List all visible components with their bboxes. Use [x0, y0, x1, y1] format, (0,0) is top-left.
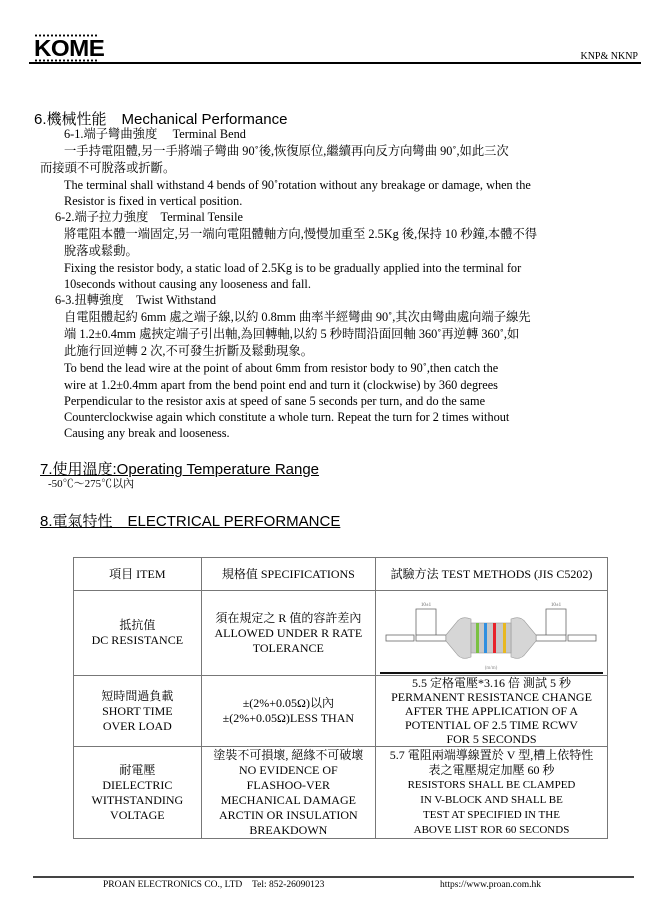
method-line: 5.5 定格電壓*3.16 倍 測試 5 秒	[376, 676, 607, 690]
item-en: DC RESISTANCE	[74, 633, 201, 648]
s6-3-zh1: 自電阻體起約 6mm 處之端子線,以約 0.8mm 曲率半經彎曲 90˚,其次由…	[64, 309, 531, 325]
row3-spec: 塗裝不可損壞, 絕緣不可破壞 NO EVIDENCE OF FLASHOO-VE…	[201, 747, 375, 839]
dim-left: 10±1	[421, 603, 432, 608]
s6-2-heading: 6-2.端子拉力強度 Terminal Tensile	[55, 209, 243, 225]
s6-2-zh2: 脫落或鬆動。	[64, 243, 138, 259]
s6-3-en5: Causing any break and looseness.	[64, 425, 230, 441]
diagram-underline	[380, 672, 603, 674]
row2-method: 5.5 定格電壓*3.16 倍 測試 5 秒 PERMANENT RESISTA…	[375, 676, 607, 747]
item-en: DIELECTRIC	[74, 778, 201, 793]
spec-line: ±(2%+0.05Ω)以內	[202, 696, 375, 711]
table-row: 耐電壓 DIELECTRIC WITHSTANDING VOLTAGE 塗裝不可…	[74, 747, 608, 839]
table-header-row: 項目 ITEM 規格值 SPECIFICATIONS 試驗方法 TEST MET…	[74, 558, 608, 591]
spec-line: ARCTIN OR INSULATION	[202, 808, 375, 823]
item-zh: 短時間過負載	[74, 689, 201, 704]
spec-line: NO EVIDENCE OF	[202, 763, 375, 778]
footer-url[interactable]: https://www.proan.com.hk	[440, 880, 541, 890]
row2-item: 短時間過負載 SHORT TIME OVER LOAD	[74, 676, 202, 747]
spec-line: BREAKDOWN	[202, 823, 375, 838]
method-line: IN V-BLOCK AND SHALL BE	[376, 793, 607, 808]
item-zh: 抵抗值	[74, 618, 201, 633]
header-method: 試驗方法 TEST METHODS (JIS C5202)	[375, 558, 607, 591]
spec-line: MECHANICAL DAMAGE	[202, 793, 375, 808]
table-row: 抵抗值 DC RESISTANCE 須在規定之 R 值的容許差內 ALLOWED…	[74, 591, 608, 676]
method-line: FOR 5 SECONDS	[376, 732, 607, 746]
row3-method: 5.7 電阻兩端導線置於 V 型,槽上依特性 表之電壓規定加壓 60 秒 RES…	[375, 747, 607, 839]
logo-text: KOME	[34, 37, 101, 59]
item-en: SHORT TIME	[74, 704, 201, 719]
footer-divider	[33, 876, 634, 878]
row2-spec: ±(2%+0.05Ω)以內 ±(2%+0.05Ω)LESS THAN	[201, 676, 375, 747]
s6-3-zh3: 此施行回逆轉 2 次,不可發生折斷及鬆動現象。	[64, 343, 313, 359]
method-line: ABOVE LIST ROR 60 SECONDS	[376, 823, 607, 838]
row1-method-diagram: 10±1 10±1 (m/m)	[375, 591, 607, 676]
row3-item: 耐電壓 DIELECTRIC WITHSTANDING VOLTAGE	[74, 747, 202, 839]
header-divider	[29, 62, 641, 64]
section8-title: 8.電氣特性 ELECTRICAL PERFORMANCE	[40, 510, 340, 531]
s6-1-en2: Resistor is fixed in vertical position.	[64, 193, 242, 209]
method-line: AFTER THE APPLICATION OF A	[376, 704, 607, 718]
method-line: RESISTORS SHALL BE CLAMPED	[376, 778, 607, 793]
footer-company: PROAN ELECTRONICS CO., LTD	[103, 880, 242, 890]
kome-logo: KOME	[34, 34, 98, 62]
spec-line: FLASHOO-VER	[202, 778, 375, 793]
s6-3-zh2: 端 1.2±0.4mm 處挾定端子引出軸,為回轉軸,以約 5 秒時間沿面回軸 3…	[64, 326, 519, 342]
method-line: 表之電壓規定加壓 60 秒	[376, 763, 607, 778]
s6-1-heading: 6-1.端子彎曲強度 Terminal Bend	[64, 126, 246, 142]
electrical-performance-table: 項目 ITEM 規格值 SPECIFICATIONS 試驗方法 TEST MET…	[73, 557, 608, 839]
row1-item: 抵抗值 DC RESISTANCE	[74, 591, 202, 676]
table-row: 短時間過負載 SHORT TIME OVER LOAD ±(2%+0.05Ω)以…	[74, 676, 608, 747]
method-line: POTENTIAL OF 2.5 TIME RCWV	[376, 718, 607, 732]
s6-1-zh1: 一手持電阻體,另一手將端子彎曲 90˚後,恢復原位,繼續再向反方向彎曲 90˚,…	[64, 143, 509, 159]
item-zh: 耐電壓	[74, 763, 201, 778]
resistor-diagram-icon: 10±1 10±1 (m/m)	[376, 593, 606, 673]
s6-3-en1: To bend the lead wire at the point of ab…	[64, 360, 498, 376]
model-label: KNP& NKNP	[580, 51, 638, 62]
spec-line: ALLOWED UNDER R RATE	[202, 626, 375, 641]
row1-spec: 須在規定之 R 值的容許差內 ALLOWED UNDER R RATE TOLE…	[201, 591, 375, 676]
spec-line: 塗裝不可損壞, 絕緣不可破壞	[202, 748, 375, 763]
header-spec: 規格值 SPECIFICATIONS	[201, 558, 375, 591]
item-en: WITHSTANDING	[74, 793, 201, 808]
spec-line: ±(2%+0.05Ω)LESS THAN	[202, 711, 375, 726]
spec-line: TOLERANCE	[202, 641, 375, 656]
header-item: 項目 ITEM	[74, 558, 202, 591]
item-en: VOLTAGE	[74, 808, 201, 823]
s6-3-en2: wire at 1.2±0.4mm apart from the bend po…	[64, 377, 498, 393]
s6-3-en3: Perpendicular to the resistor axis at sp…	[64, 393, 485, 409]
s6-1-en1: The terminal shall withstand 4 bends of …	[64, 177, 531, 193]
s6-2-en2: 10seconds without causing any looseness …	[64, 276, 311, 292]
method-line: PERMANENT RESISTANCE CHANGE	[376, 690, 607, 704]
footer-tel: Tel: 852-26090123	[252, 880, 324, 890]
unit-label: (m/m)	[485, 666, 498, 671]
method-line: 5.7 電阻兩端導線置於 V 型,槽上依特性	[376, 748, 607, 763]
temperature-range: -50℃～275℃以內	[48, 476, 134, 492]
s6-2-en1: Fixing the resistor body, a static load …	[64, 260, 521, 276]
dim-right: 10±1	[551, 603, 562, 608]
method-line: TEST AT SPECIFIED IN THE	[376, 808, 607, 823]
s6-2-zh1: 將電阻本體一端固定,另一端向電阻體軸方向,慢慢加重至 2.5Kg 後,保持 10…	[64, 226, 537, 242]
s6-3-en4: Counterclockwise again which constitute …	[64, 409, 509, 425]
spec-line: 須在規定之 R 值的容許差內	[202, 611, 375, 626]
s6-1-zh2: 而接頭不可脫落或折斷。	[40, 160, 175, 176]
s6-3-heading: 6-3.扭轉強度 Twist Withstand	[55, 292, 216, 308]
item-en: OVER LOAD	[74, 719, 201, 734]
